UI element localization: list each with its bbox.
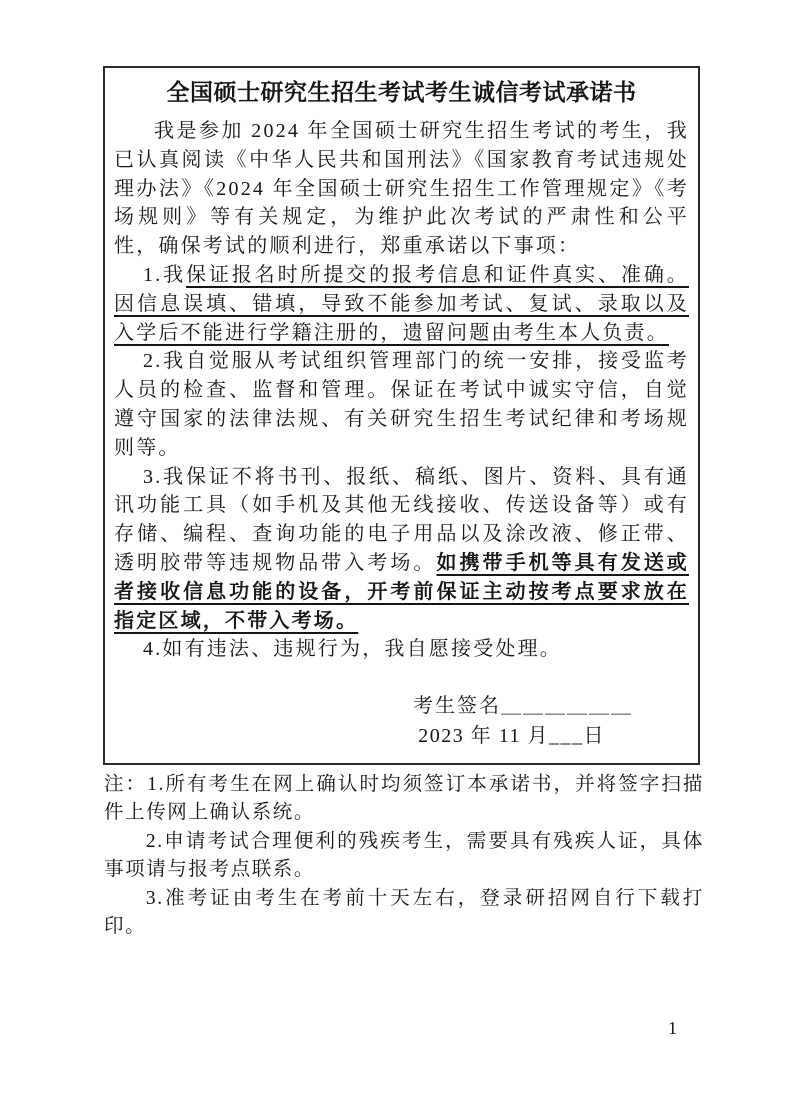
note-3: 3.准考证由考生在考前十天左右，登录研招网自行下载打印。 <box>104 885 704 942</box>
commitment-item-4: 4.如有违法、违规行为，我自愿接受处理。 <box>114 635 689 664</box>
document-title: 全国硕士研究生招生考试考生诚信考试承诺书 <box>114 78 689 108</box>
note-1-text: 1.所有考生在网上确认时均须签订本承诺书，并将签字扫描件上传网上确认系统。 <box>104 774 704 823</box>
commitment-item-1: 1.我保证报名时所提交的报考信息和证件真实、准确。因信息误填、错填，导致不能参加… <box>114 261 689 347</box>
page-number: 1 <box>668 1016 677 1040</box>
commitment-box: 全国硕士研究生招生考试考生诚信考试承诺书 我是参加 2024 年全国硕士研究生招… <box>103 66 700 765</box>
signature-row: 考生签名＿＿＿＿＿＿ <box>114 691 689 721</box>
signature-label: 考生签名 <box>413 695 501 717</box>
date-row: 2023 年 11 月___日 <box>114 721 689 752</box>
commitment-item-3: 3.我保证不将书刊、报纸、稿纸、图片、资料、具有通讯功能工具（如手机及其他无线接… <box>114 463 689 636</box>
document-page: 全国硕士研究生招生考试考生诚信考试承诺书 我是参加 2024 年全国硕士研究生招… <box>0 0 800 1106</box>
notes-label: 注： <box>104 774 147 795</box>
note-2: 2.申请考试合理便利的残疾考生，需要具有残疾人证，具体事项请与报考点联系。 <box>104 828 704 885</box>
notes-section: 注：1.所有考生在网上确认时均须签订本承诺书，并将签字扫描件上传网上确认系统。 … <box>104 771 704 941</box>
commitment-item-2: 2.我自觉服从考试组织管理部门的统一安排，接受监考人员的检查、监督和管理。保证在… <box>114 347 689 462</box>
item-1-prefix: 1.我 <box>143 264 186 286</box>
item-1-underlined-text: 保证报名时所提交的报考信息和证件真实、准确。因信息误填、错填，导致不能参加考试、… <box>114 264 689 344</box>
note-1: 注：1.所有考生在网上确认时均须签订本承诺书，并将签字扫描件上传网上确认系统。 <box>104 771 704 828</box>
signature-blank-line: ＿＿＿＿＿＿ <box>501 695 633 717</box>
intro-paragraph: 我是参加 2024 年全国硕士研究生招生考试的考生，我已认真阅读《中华人民共和国… <box>114 117 689 261</box>
